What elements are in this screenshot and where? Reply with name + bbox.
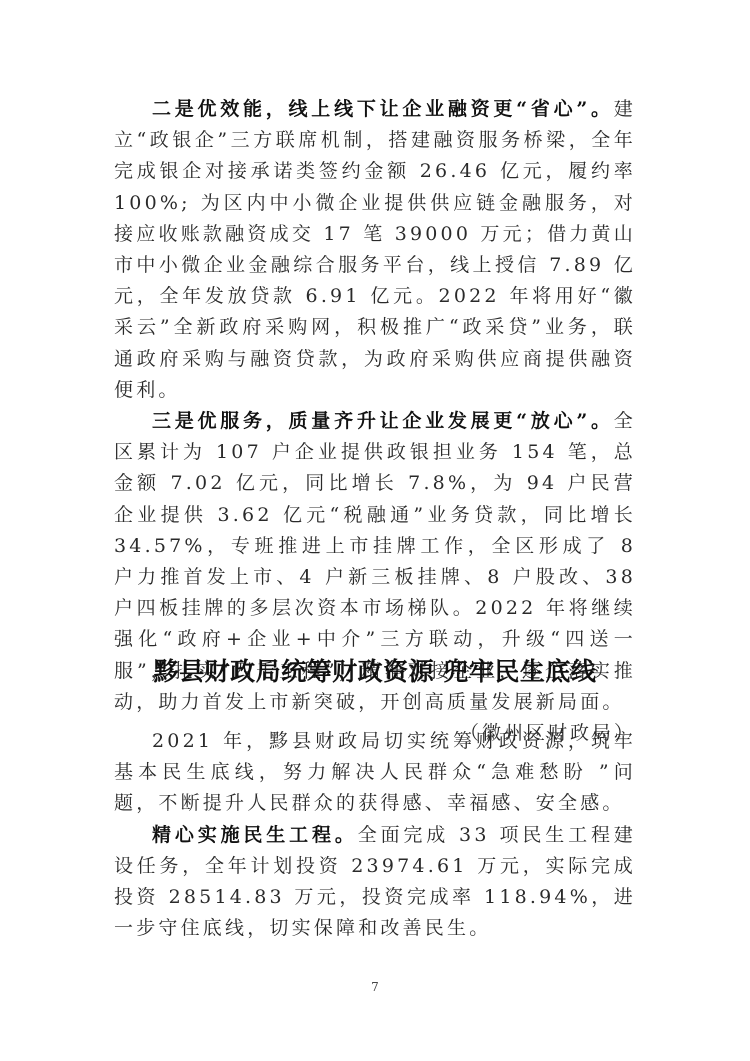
paragraph-intro: 2021 年，黟县财政局切实统筹财政资源，筑牢基本民生底线，努力解决人民群众“急… (114, 726, 636, 820)
article-title: 黟县财政局统筹财政资源 兜牢民生底线 (0, 652, 750, 688)
paragraph-lead: 三是优服务，质量齐升让企业发展更“放心”。 (152, 410, 614, 432)
paragraph-lead: 二是优效能，线上线下让企业融资更“省心”。 (152, 98, 614, 120)
paragraph-lead: 精心实施民生工程。 (152, 824, 358, 846)
paragraph-efficiency: 二是优效能，线上线下让企业融资更“省心”。建立“政银企”三方联席机制，搭建融资服… (114, 94, 636, 406)
paragraph-body: 建立“政银企”三方联席机制，搭建融资服务桥梁，全年完成银企对接承诺类签约金额 2… (114, 98, 636, 401)
page-number: 7 (0, 980, 750, 994)
paragraph-livelihood: 精心实施民生工程。全面完成 33 项民生工程建设任务，全年计划投资 23974.… (114, 820, 636, 945)
section-1: 二是优效能，线上线下让企业融资更“省心”。建立“政银企”三方联席机制，搭建融资服… (114, 94, 636, 749)
section-2: 2021 年，黟县财政局切实统筹财政资源，筑牢基本民生底线，努力解决人民群众“急… (114, 726, 636, 944)
